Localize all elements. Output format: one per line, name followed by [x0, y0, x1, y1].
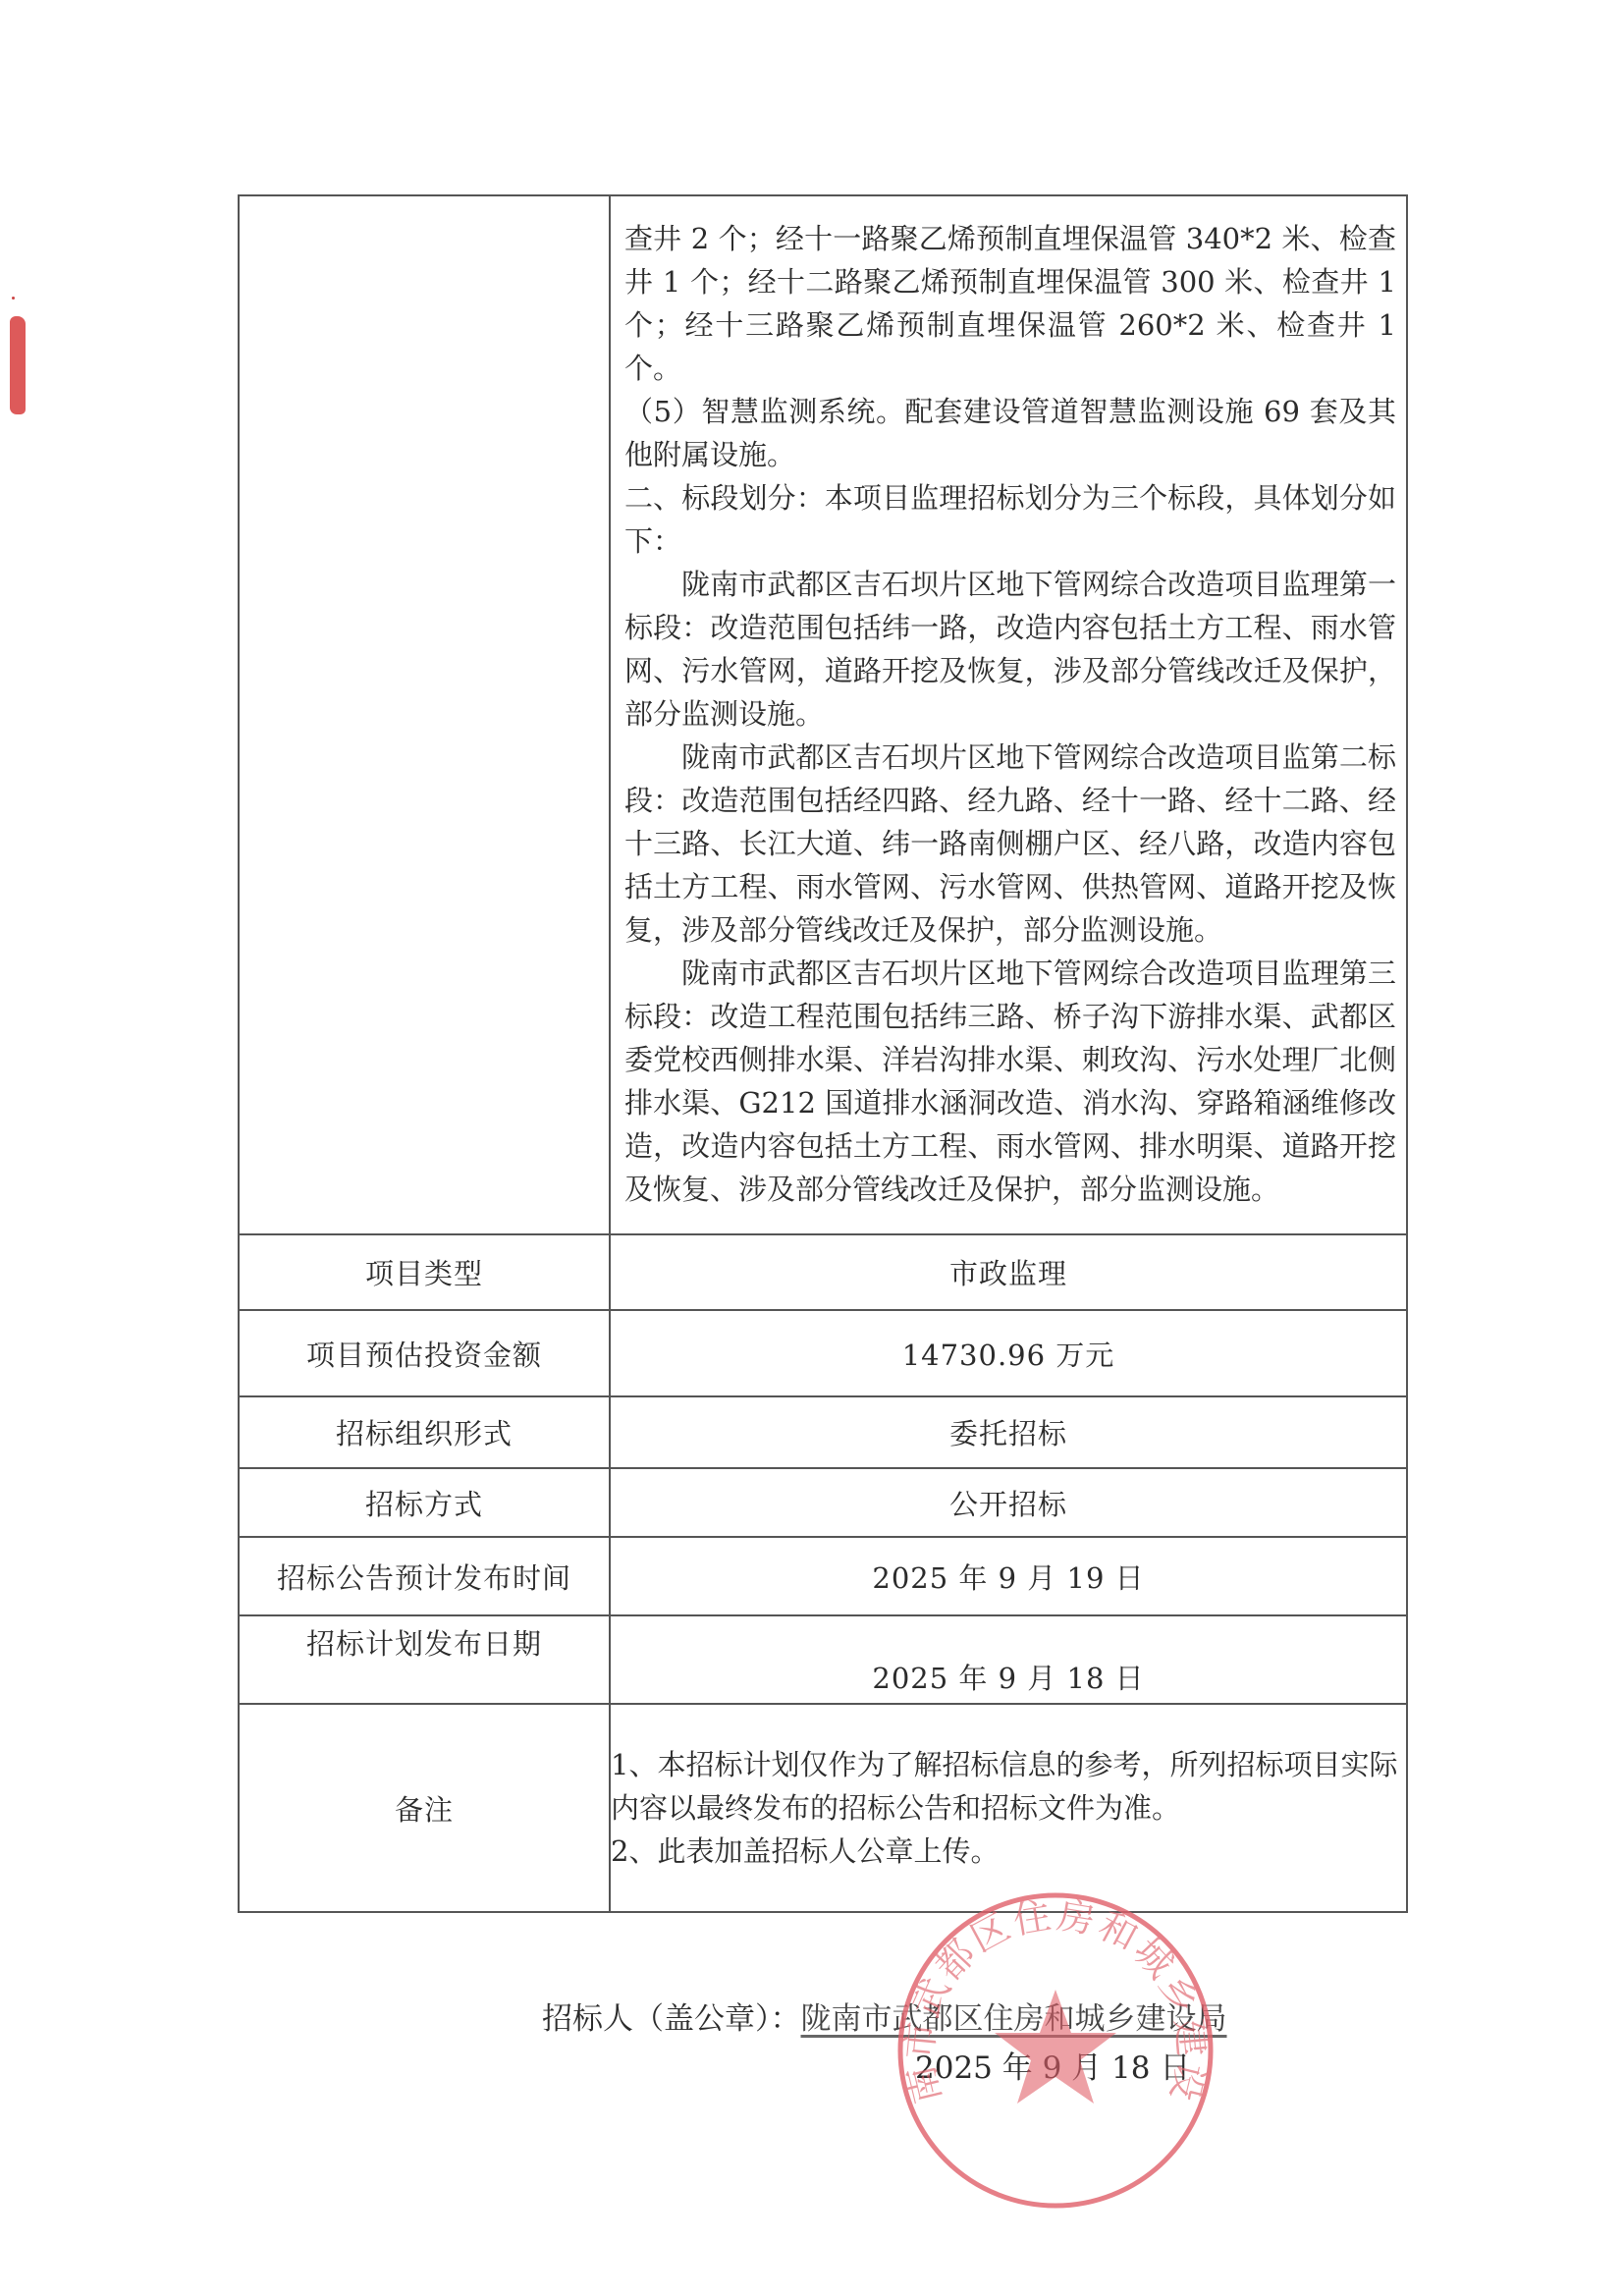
investment-value: 14730.96 万元 — [610, 1310, 1407, 1396]
plan-date-value: 2025 年 9 月 18 日 — [610, 1615, 1407, 1704]
announce-time-label: 招标公告预计发布时间 — [239, 1537, 610, 1615]
signature-label: 招标人（盖公章）： — [542, 2001, 801, 2037]
description-paragraph: 查井 2 个；经十一路聚乙烯预制直埋保温管 340*2 米、检查井 1 个；经十… — [624, 217, 1396, 390]
remarks-cell: 1、本招标计划仅作为了解招标信息的参考，所列招标项目实际内容以最终发布的招标公告… — [610, 1704, 1407, 1912]
project-type-label: 项目类型 — [239, 1234, 610, 1310]
project-type-value: 市政监理 — [610, 1234, 1407, 1310]
plan-date-label: 招标计划发布日期 — [239, 1615, 610, 1704]
description-paragraph: （5）智慧监测系统。配套建设管道智慧监测设施 69 套及其他附属设施。 — [624, 390, 1396, 476]
table-row-project-type: 项目类型 市政监理 — [239, 1234, 1407, 1310]
method-label: 招标方式 — [239, 1468, 610, 1537]
investment-label: 项目预估投资金额 — [239, 1310, 610, 1396]
table-row-organization: 招标组织形式 委托招标 — [239, 1396, 1407, 1468]
announce-time-value: 2025 年 9 月 19 日 — [610, 1537, 1407, 1615]
section-1-paragraph: 陇南市武都区吉石坝片区地下管网综合改造项目监理第一标段：改造范围包括纬一路，改造… — [624, 563, 1396, 736]
remarks-label: 备注 — [239, 1704, 610, 1912]
tender-plan-table: 查井 2 个；经十一路聚乙烯预制直埋保温管 340*2 米、检查井 1 个；经十… — [238, 194, 1408, 1913]
section-2-paragraph: 陇南市武都区吉石坝片区地下管网综合改造项目监第二标段：改造范围包括经四路、经九路… — [624, 736, 1396, 952]
method-value: 公开招标 — [610, 1468, 1407, 1537]
description-paragraph: 二、标段划分：本项目监理招标划分为三个标段，具体划分如下： — [624, 476, 1396, 563]
table-row-announce-time: 招标公告预计发布时间 2025 年 9 月 19 日 — [239, 1537, 1407, 1615]
remark-item: 2、此表加盖招标人公章上传。 — [611, 1830, 1406, 1873]
table-row-remarks: 备注 1、本招标计划仅作为了解招标信息的参考，所列招标项目实际内容以最终发布的招… — [239, 1704, 1407, 1912]
organization-label: 招标组织形式 — [239, 1396, 610, 1468]
remark-item: 1、本招标计划仅作为了解招标信息的参考，所列招标项目实际内容以最终发布的招标公告… — [611, 1743, 1406, 1830]
signature-line: 招标人（盖公章）：陇南市武都区住房和城乡建设局 — [542, 1994, 1227, 2038]
table-row-plan-date: 招标计划发布日期 2025 年 9 月 18 日 — [239, 1615, 1407, 1704]
table-row-description: 查井 2 个；经十一路聚乙烯预制直埋保温管 340*2 米、检查井 1 个；经十… — [239, 195, 1407, 1234]
organization-value: 委托招标 — [610, 1396, 1407, 1468]
section-3-paragraph: 陇南市武都区吉石坝片区地下管网综合改造项目监理第三标段：改造工程范围包括纬三路、… — [624, 952, 1396, 1211]
signature-date: 2025 年 9 月 18 日 — [915, 2043, 1190, 2087]
signature-organization: 陇南市武都区住房和城乡建设局 — [801, 2001, 1227, 2037]
empty-label-cell — [239, 195, 610, 1234]
table-row-investment: 项目预估投资金额 14730.96 万元 — [239, 1310, 1407, 1396]
margin-speck — [12, 297, 15, 300]
table-row-method: 招标方式 公开招标 — [239, 1468, 1407, 1537]
description-cell: 查井 2 个；经十一路聚乙烯预制直埋保温管 340*2 米、检查井 1 个；经十… — [610, 195, 1407, 1234]
red-margin-mark — [10, 316, 26, 414]
